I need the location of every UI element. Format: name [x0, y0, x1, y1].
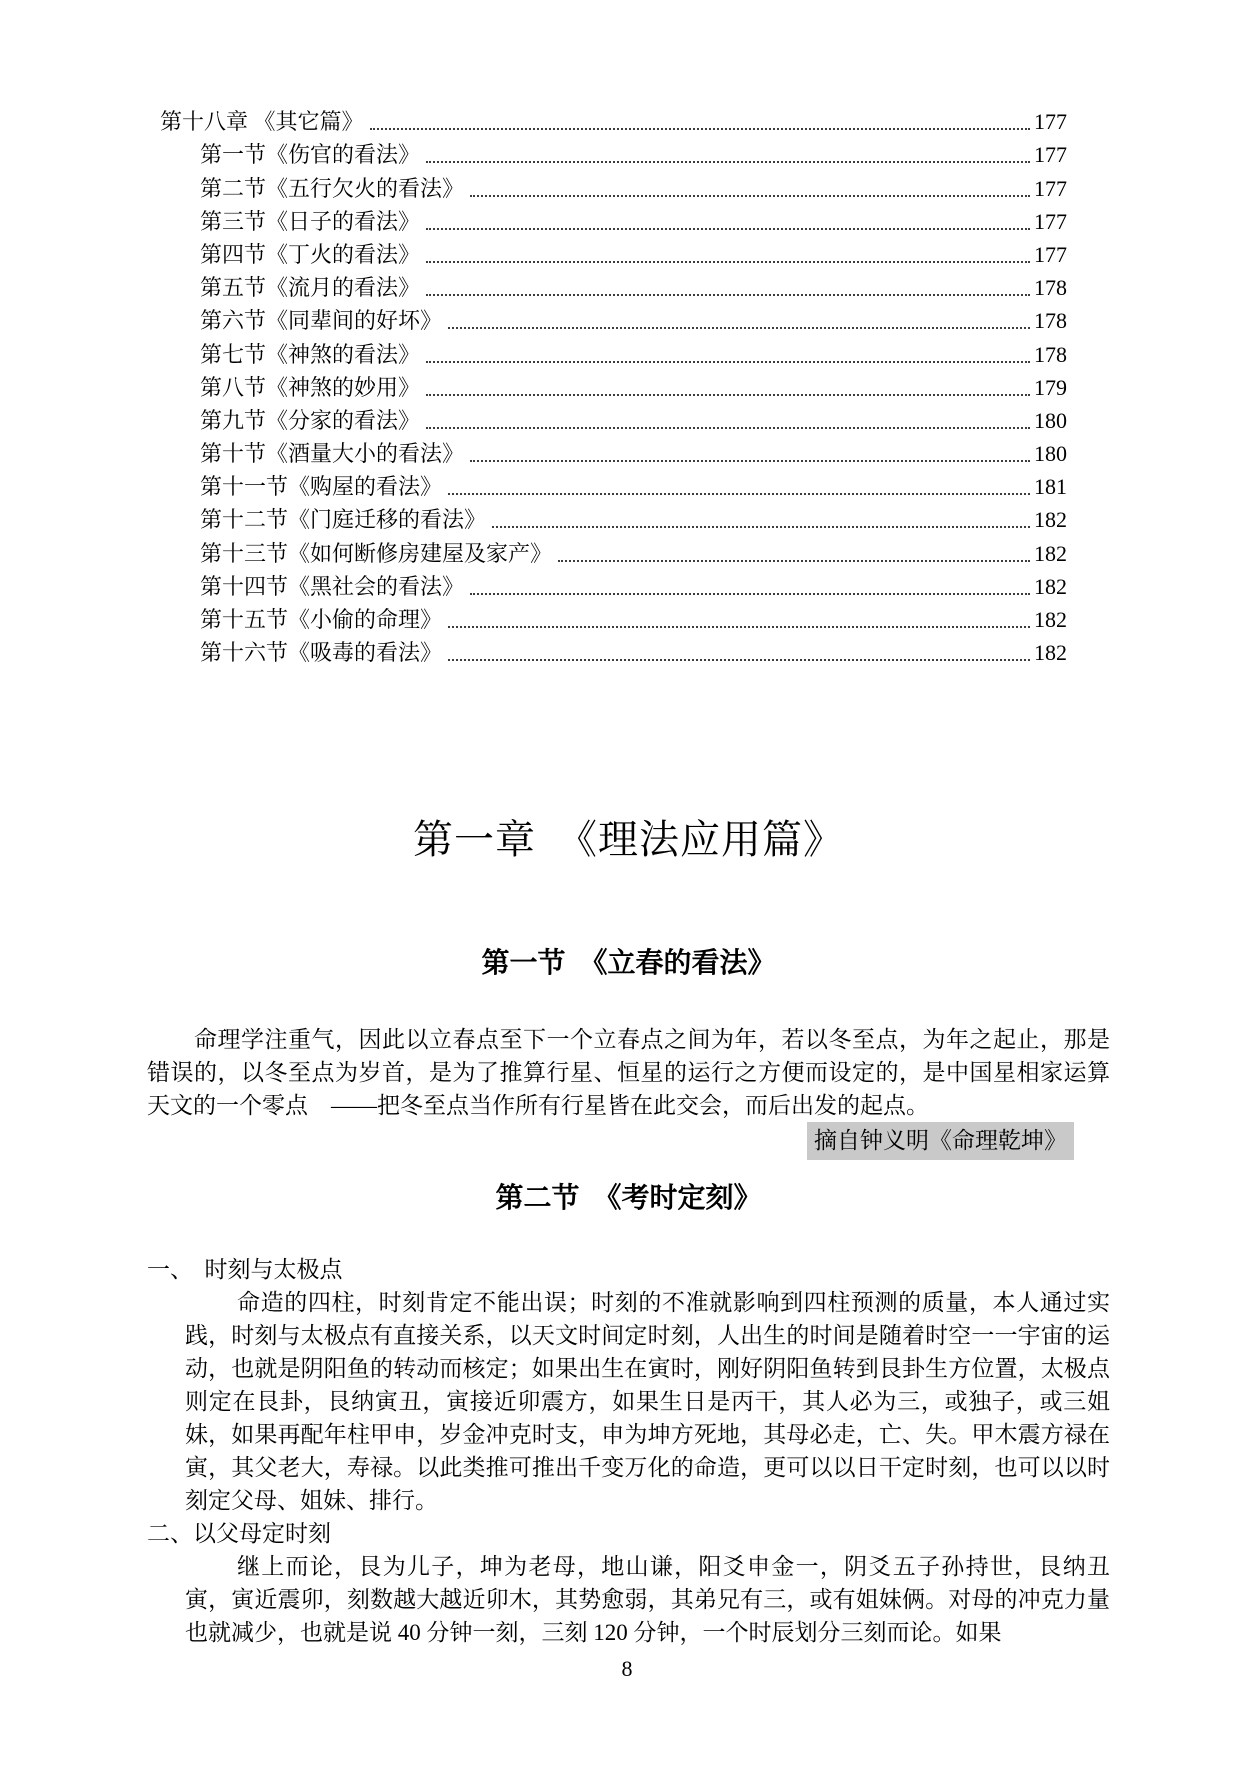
- toc-page-number: 178: [1034, 306, 1067, 336]
- toc-row: 第十八章 《其它篇》177: [147, 104, 1110, 137]
- toc-leader-dots: [426, 361, 1030, 363]
- toc-row: 第四节《丁火的看法》177: [147, 237, 1110, 270]
- toc-entry-label: 第十四节《黑社会的看法》: [200, 572, 464, 602]
- toc-entry-label: 第十三节《如何断修房建屋及家产》: [200, 539, 552, 569]
- toc-entry-label: 第十一节《购屋的看法》: [200, 472, 442, 502]
- toc-page-number: 182: [1034, 539, 1067, 569]
- toc-leader-dots: [426, 427, 1030, 429]
- toc-page-number: 177: [1034, 107, 1067, 137]
- toc-row: 第五节《流月的看法》178: [147, 270, 1110, 303]
- toc-page-number: 182: [1034, 605, 1067, 635]
- toc-entry-label: 第五节《流月的看法》: [200, 273, 420, 303]
- toc-leader-dots: [470, 593, 1030, 595]
- toc-page-number: 180: [1034, 439, 1067, 469]
- document-page: 第十八章 《其它篇》177第一节《伤官的看法》177第二节《五行欠火的看法》17…: [0, 0, 1254, 1787]
- toc-page-number: 177: [1034, 207, 1067, 237]
- toc-page-number: 182: [1034, 638, 1067, 668]
- toc-row: 第十五节《小偷的命理》182: [147, 602, 1110, 635]
- toc-row: 第三节《日子的看法》177: [147, 204, 1110, 237]
- toc-list: 第十八章 《其它篇》177第一节《伤官的看法》177第二节《五行欠火的看法》17…: [147, 0, 1110, 668]
- toc-page-number: 182: [1034, 505, 1067, 535]
- toc-row: 第八节《神煞的妙用》179: [147, 370, 1110, 403]
- toc-page-number: 181: [1034, 472, 1067, 502]
- toc-page-number: 177: [1034, 140, 1067, 170]
- toc-leader-dots: [426, 161, 1030, 163]
- toc-entry-label: 第十六节《吸毒的看法》: [200, 638, 442, 668]
- toc-leader-dots: [470, 460, 1030, 462]
- toc-entry-label: 第八节《神煞的妙用》: [200, 373, 420, 403]
- toc-entry-label: 第四节《丁火的看法》: [200, 240, 420, 270]
- toc-page-number: 180: [1034, 406, 1067, 436]
- toc-leader-dots: [426, 294, 1030, 296]
- toc-row: 第十四节《黑社会的看法》182: [147, 569, 1110, 602]
- toc-entry-label: 第二节《五行欠火的看法》: [200, 174, 464, 204]
- toc-entry-label: 第十二节《门庭迁移的看法》: [200, 505, 486, 535]
- toc-leader-dots: [558, 560, 1030, 562]
- toc-leader-dots: [492, 526, 1030, 528]
- list-item-paragraph-1: 命造的四柱，时刻肯定不能出误；时刻的不准就影响到四柱预测的质量，本人通过实践，时…: [185, 1286, 1110, 1517]
- toc-row: 第二节《五行欠火的看法》177: [147, 170, 1110, 203]
- toc-row: 第十六节《吸毒的看法》182: [147, 635, 1110, 668]
- toc-entry-label: 第六节《同辈间的好坏》: [200, 306, 442, 336]
- toc-row: 第七节《神煞的看法》178: [147, 336, 1110, 369]
- toc-page-number: 178: [1034, 273, 1067, 303]
- page-content: 第十八章 《其它篇》177第一节《伤官的看法》177第二节《五行欠火的看法》17…: [147, 0, 1110, 1649]
- toc-page-number: 182: [1034, 572, 1067, 602]
- toc-entry-label: 第十五节《小偷的命理》: [200, 605, 442, 635]
- toc-entry-label: 第十节《酒量大小的看法》: [200, 439, 464, 469]
- toc-leader-dots: [470, 195, 1030, 197]
- list-item-heading-2: 二、以父母定时刻: [147, 1517, 1110, 1550]
- attribution-highlight: 摘自钟义明《命理乾坤》: [807, 1122, 1074, 1160]
- list-item-heading-1: 一、 时刻与太极点: [147, 1253, 1110, 1286]
- toc-leader-dots: [448, 493, 1030, 495]
- toc-row: 第十节《酒量大小的看法》180: [147, 436, 1110, 469]
- toc-leader-dots: [448, 626, 1030, 628]
- toc-leader-dots: [426, 394, 1030, 396]
- toc-row: 第十二节《门庭迁移的看法》182: [147, 502, 1110, 535]
- toc-entry-label: 第一节《伤官的看法》: [200, 140, 420, 170]
- page-number-footer: 8: [0, 1657, 1254, 1681]
- toc-entry-label: 第三节《日子的看法》: [200, 207, 420, 237]
- toc-row: 第六节《同辈间的好坏》178: [147, 303, 1110, 336]
- toc-leader-dots: [426, 261, 1030, 263]
- toc-leader-dots: [426, 228, 1030, 230]
- toc-page-number: 178: [1034, 340, 1067, 370]
- toc-leader-dots: [448, 659, 1030, 661]
- toc-leader-dots: [370, 128, 1030, 130]
- toc-page-number: 177: [1034, 174, 1067, 204]
- attribution-line: 摘自钟义明《命理乾坤》: [147, 1122, 1074, 1160]
- toc-row: 第九节《分家的看法》180: [147, 403, 1110, 436]
- toc-row: 第一节《伤官的看法》177: [147, 137, 1110, 170]
- section1-paragraph: 命理学注重气，因此以立春点至下一个立春点之间为年，若以冬至点，为年之起止，那是错…: [147, 1023, 1110, 1122]
- toc-entry-label: 第七节《神煞的看法》: [200, 340, 420, 370]
- toc-row: 第十一节《购屋的看法》181: [147, 469, 1110, 502]
- list-item-paragraph-2: 继上而论，艮为儿子，坤为老母，地山谦，阳爻申金一，阴爻五子孙持世，艮纳丑寅，寅近…: [185, 1550, 1110, 1649]
- toc-entry-label: 第九节《分家的看法》: [200, 406, 420, 436]
- toc-page-number: 177: [1034, 240, 1067, 270]
- toc-leader-dots: [448, 327, 1030, 329]
- chapter-title: 第一章 《理法应用篇》: [147, 816, 1110, 864]
- toc-entry-label: 第十八章 《其它篇》: [160, 107, 364, 137]
- section-title-kaoshi: 第二节 《考时定刻》: [147, 1181, 1110, 1215]
- toc-page-number: 179: [1034, 373, 1067, 403]
- toc-row: 第十三节《如何断修房建屋及家产》182: [147, 535, 1110, 568]
- section-title-lichun: 第一节 《立春的看法》: [147, 946, 1110, 980]
